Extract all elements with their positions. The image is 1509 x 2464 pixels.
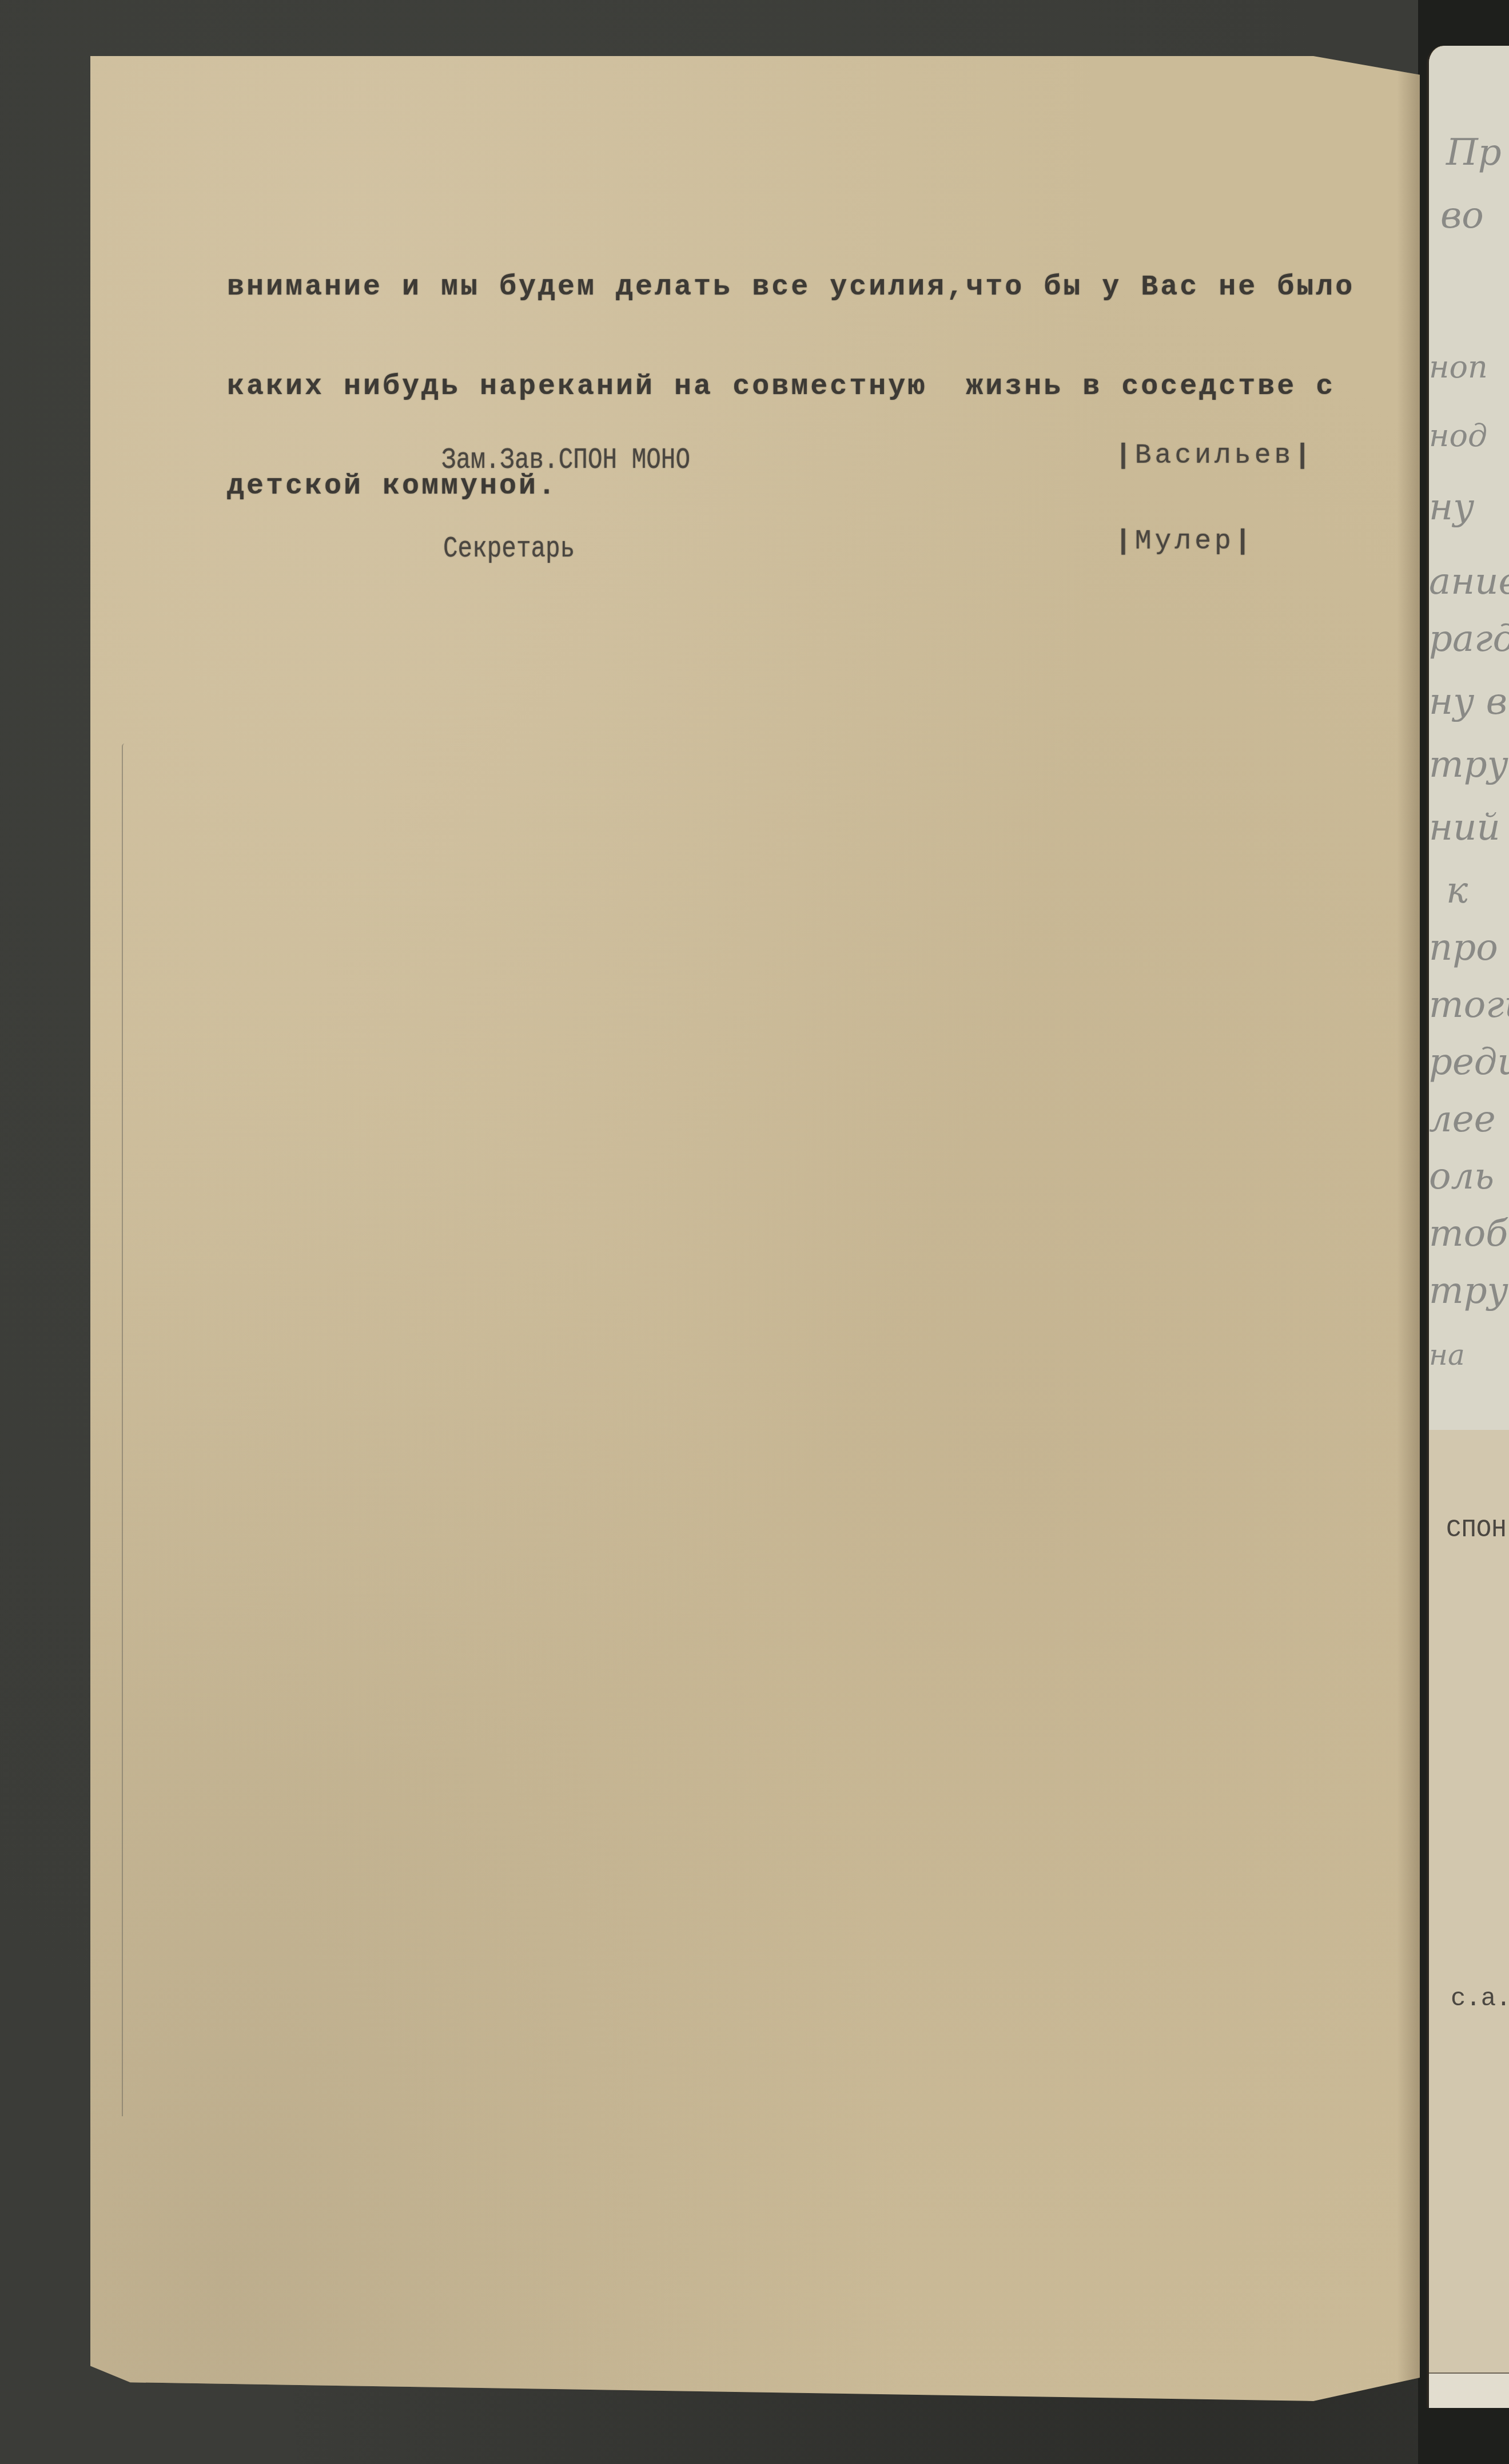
handwritten-fragment: ну в (1429, 681, 1507, 723)
handwritten-fragment: про (1429, 927, 1498, 969)
handwritten-fragment: тоги (1429, 984, 1509, 1026)
page-fold-shadow (1397, 56, 1420, 2401)
signature-name-vasiliev: Васильев (1115, 440, 1314, 471)
body-line: каких нибудь нареканий на совместную жиз… (227, 371, 1355, 404)
body-line: внимание и мы будем делать все усилия,чт… (227, 271, 1355, 304)
body-line: детской коммуной. (227, 470, 1355, 503)
handwritten-fragment: к (1446, 869, 1468, 912)
handwritten-fragment: во (1440, 194, 1484, 237)
margin-pencil-line (122, 744, 125, 2116)
document-body: внимание и мы будем делать все усилия,чт… (227, 205, 1355, 536)
handwritten-note-section: Пр во ноп нод ну ание рагд ну в труд ний… (1429, 46, 1509, 1430)
handwritten-fragment: ание (1429, 561, 1509, 603)
handwritten-fragment: ноп (1429, 349, 1488, 385)
signature-title-deputy-head: Зам.Зав.СПОН МОНО (441, 443, 690, 477)
typed-fragment-spon: СПОН (1446, 1516, 1507, 1544)
handwritten-fragment: оль (1429, 1155, 1494, 1198)
handwritten-fragment: Пр (1446, 132, 1502, 174)
handwritten-fragment: труд (1429, 1270, 1509, 1312)
handwritten-fragment: ну (1429, 486, 1474, 528)
handwritten-fragment: нод (1429, 418, 1487, 454)
handwritten-fragment: ний (1429, 806, 1500, 849)
handwritten-fragment: на (1429, 1338, 1465, 1372)
handwritten-fragment: рагд (1429, 618, 1509, 660)
handwritten-fragment: лее (1429, 1098, 1496, 1140)
handwritten-fragment: труд (1429, 744, 1509, 786)
handwritten-fragment: реди (1429, 1041, 1509, 1083)
signature-name-muler: Мулер (1115, 526, 1255, 557)
typed-fragment-sa: с.а. (1451, 1985, 1509, 2013)
signature-title-secretary: Секретарь (443, 532, 575, 566)
adjacent-page-bottom-edge (1429, 2372, 1509, 2408)
handwritten-fragment: тоб (1429, 1213, 1508, 1255)
adjacent-page-edge: Пр во ноп нод ну ание рагд ну в труд ний… (1427, 46, 1509, 2408)
